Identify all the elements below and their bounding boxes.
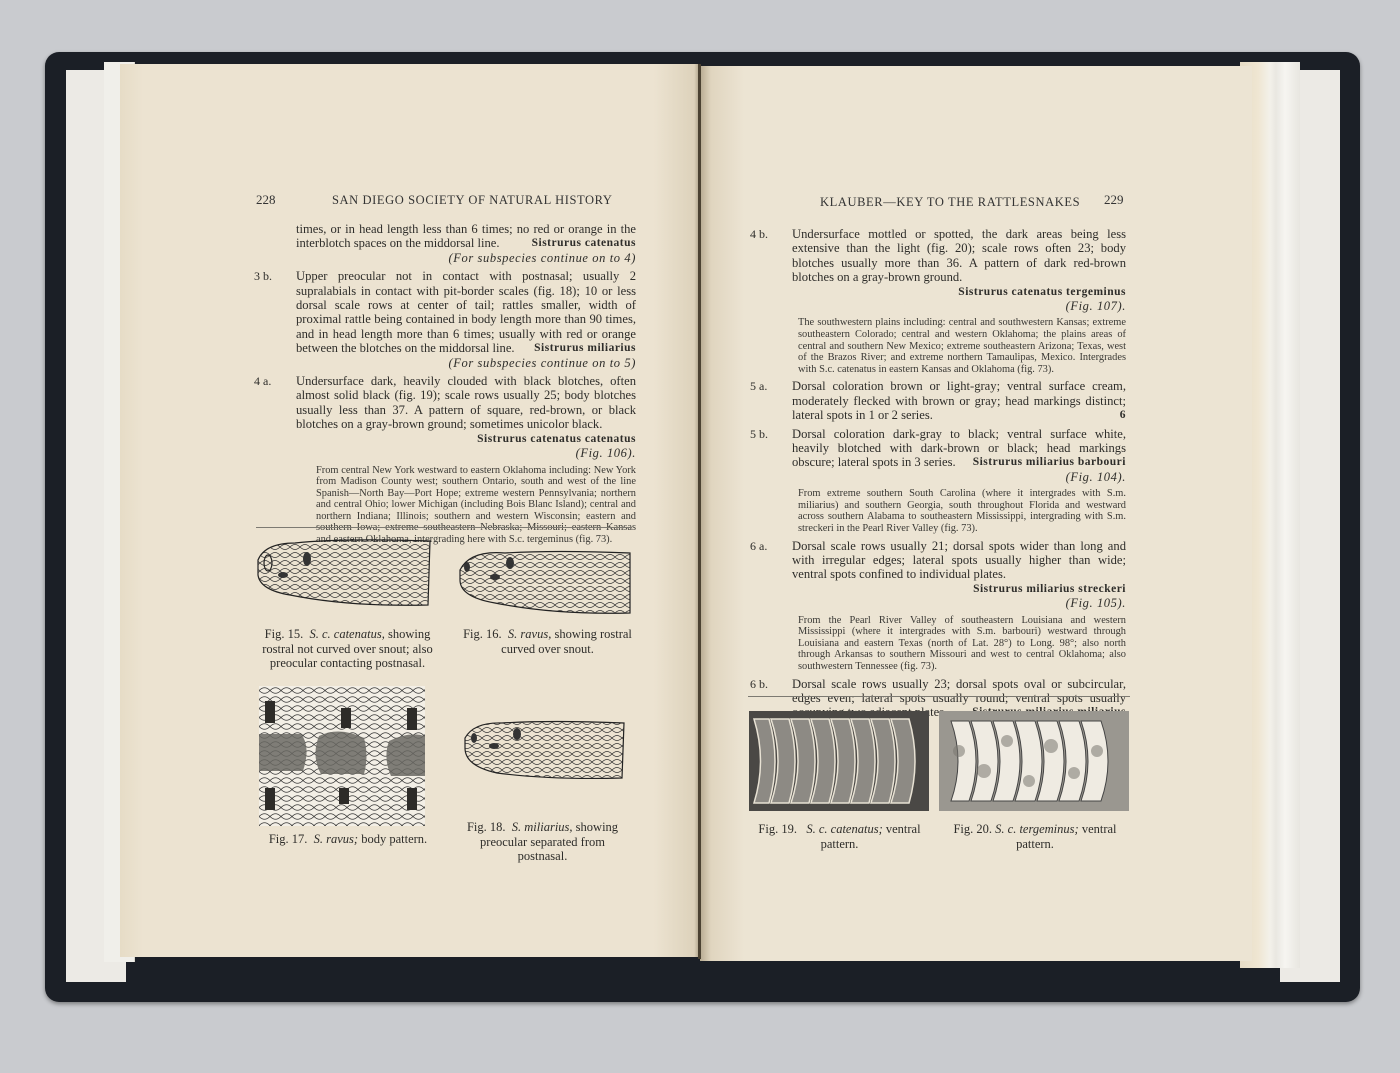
- figure-15-head-drawing: [250, 535, 435, 610]
- entry-text: Undersurface dark, heavily clouded with …: [296, 374, 636, 431]
- running-head-left: SAN DIEGO SOCIETY OF NATURAL HISTORY: [332, 193, 613, 208]
- figure-16-caption: Fig. 16. S. ravus, showing rostral curve…: [455, 627, 640, 656]
- entry-text: Undersurface mottled or spotted, the dar…: [792, 227, 1126, 284]
- key-label: 3 b.: [254, 269, 292, 283]
- species-name: Sistrurus miliarius streckeri: [804, 582, 1126, 596]
- right-page-text: 4 b. Undersurface mottled or spotted, th…: [750, 227, 1126, 738]
- book-gutter: [698, 64, 701, 959]
- running-head-right: KLAUBER—KEY TO THE RATTLESNAKES: [820, 195, 1080, 210]
- figure-label: Fig. 15.: [265, 627, 304, 641]
- species-name: Sistrurus catenatus catenatus: [308, 432, 636, 446]
- figure-16-head-drawing: [455, 545, 635, 615]
- figure-species: S. c. catenatus,: [309, 627, 384, 641]
- figure-caption-text: body pattern.: [361, 832, 427, 846]
- lead-to-couplet: 6: [1120, 408, 1126, 422]
- figure-label: Fig. 17.: [269, 832, 308, 846]
- figure-label: Fig. 19.: [758, 822, 797, 836]
- key-label: 5 b.: [750, 427, 788, 441]
- key-label: 5 a.: [750, 379, 788, 393]
- subspecies-note: (For subspecies continue on to 4): [296, 251, 636, 265]
- divider-rule: [256, 527, 632, 528]
- key-entry-6a: 6 a. Dorsal scale rows usually 21; dorsa…: [750, 539, 1126, 611]
- figure-reference: (Fig. 105).: [792, 596, 1126, 610]
- range-description: From central New York westward to easter…: [316, 465, 636, 546]
- key-entry-5b: 5 b. Dorsal coloration dark-gray to blac…: [750, 427, 1126, 485]
- figure-20-caption: Fig. 20. S. c. tergeminus; ventral patte…: [940, 822, 1130, 851]
- figure-label: Fig. 20.: [953, 822, 992, 836]
- page-number-right: 229: [1104, 192, 1124, 208]
- range-description: The southwestern plains including: centr…: [798, 317, 1126, 375]
- figure-species: S. miliarius,: [512, 820, 573, 834]
- figure-reference: (Fig. 106).: [296, 446, 636, 460]
- figure-reference: (Fig. 104).: [792, 470, 1126, 484]
- figure-label: Fig. 18.: [467, 820, 506, 834]
- figure-17-body-pattern: [259, 686, 425, 826]
- figure-19-caption: Fig. 19. S. c. catenatus; ventral patter…: [752, 822, 927, 851]
- figure-15-caption: Fig. 15. S. c. catenatus, showing rostra…: [255, 627, 440, 671]
- key-entry-3b: 3 b. Upper preocular not in contact with…: [254, 269, 636, 370]
- key-label: 6 b.: [750, 677, 788, 691]
- subspecies-note: (For subspecies continue on to 5): [296, 356, 636, 370]
- key-entry-5a: 5 a. Dorsal coloration brown or light-gr…: [750, 379, 1126, 422]
- left-page-text: times, or in head length less than 6 tim…: [254, 222, 636, 550]
- key-continuation: times, or in head length less than 6 tim…: [254, 222, 636, 265]
- figure-19-ventral-pattern: [749, 711, 929, 811]
- key-entry-4b: 4 b. Undersurface mottled or spotted, th…: [750, 227, 1126, 313]
- figure-18-head-drawing: [462, 718, 627, 783]
- key-label: 4 a.: [254, 374, 292, 388]
- divider-rule: [748, 696, 1130, 697]
- figure-species: S. ravus;: [314, 832, 358, 846]
- range-description: From the Pearl River Valley of southeast…: [798, 615, 1126, 673]
- figure-17-caption: Fig. 17. S. ravus; body pattern.: [258, 832, 438, 847]
- figure-18-caption: Fig. 18. S. miliarius, showing preocular…: [455, 820, 630, 864]
- figure-species: S. c. tergeminus;: [995, 822, 1079, 836]
- key-label: 6 a.: [750, 539, 788, 553]
- range-description: From extreme southern South Carolina (wh…: [798, 488, 1126, 534]
- entry-text: Dorsal scale rows usually 21; dorsal spo…: [792, 539, 1126, 582]
- figure-label: Fig. 16.: [463, 627, 502, 641]
- key-entry-4a: 4 a. Undersurface dark, heavily clouded …: [254, 374, 636, 460]
- species-name: Sistrurus miliarius barbouri: [973, 455, 1126, 469]
- species-name: Sistrurus catenatus tergeminus: [958, 285, 1126, 299]
- page-number-left: 228: [256, 192, 276, 208]
- entry-text: Dorsal coloration brown or light-gray; v…: [792, 379, 1126, 422]
- key-label: 4 b.: [750, 227, 788, 241]
- figure-species: S. ravus,: [508, 627, 551, 641]
- species-name: Sistrurus miliarius: [534, 341, 636, 355]
- figure-reference: (Fig. 107).: [792, 299, 1126, 313]
- species-name: Sistrurus catenatus: [532, 236, 636, 250]
- figure-20-ventral-pattern: [939, 711, 1129, 811]
- figure-species: S. c. catenatus;: [806, 822, 882, 836]
